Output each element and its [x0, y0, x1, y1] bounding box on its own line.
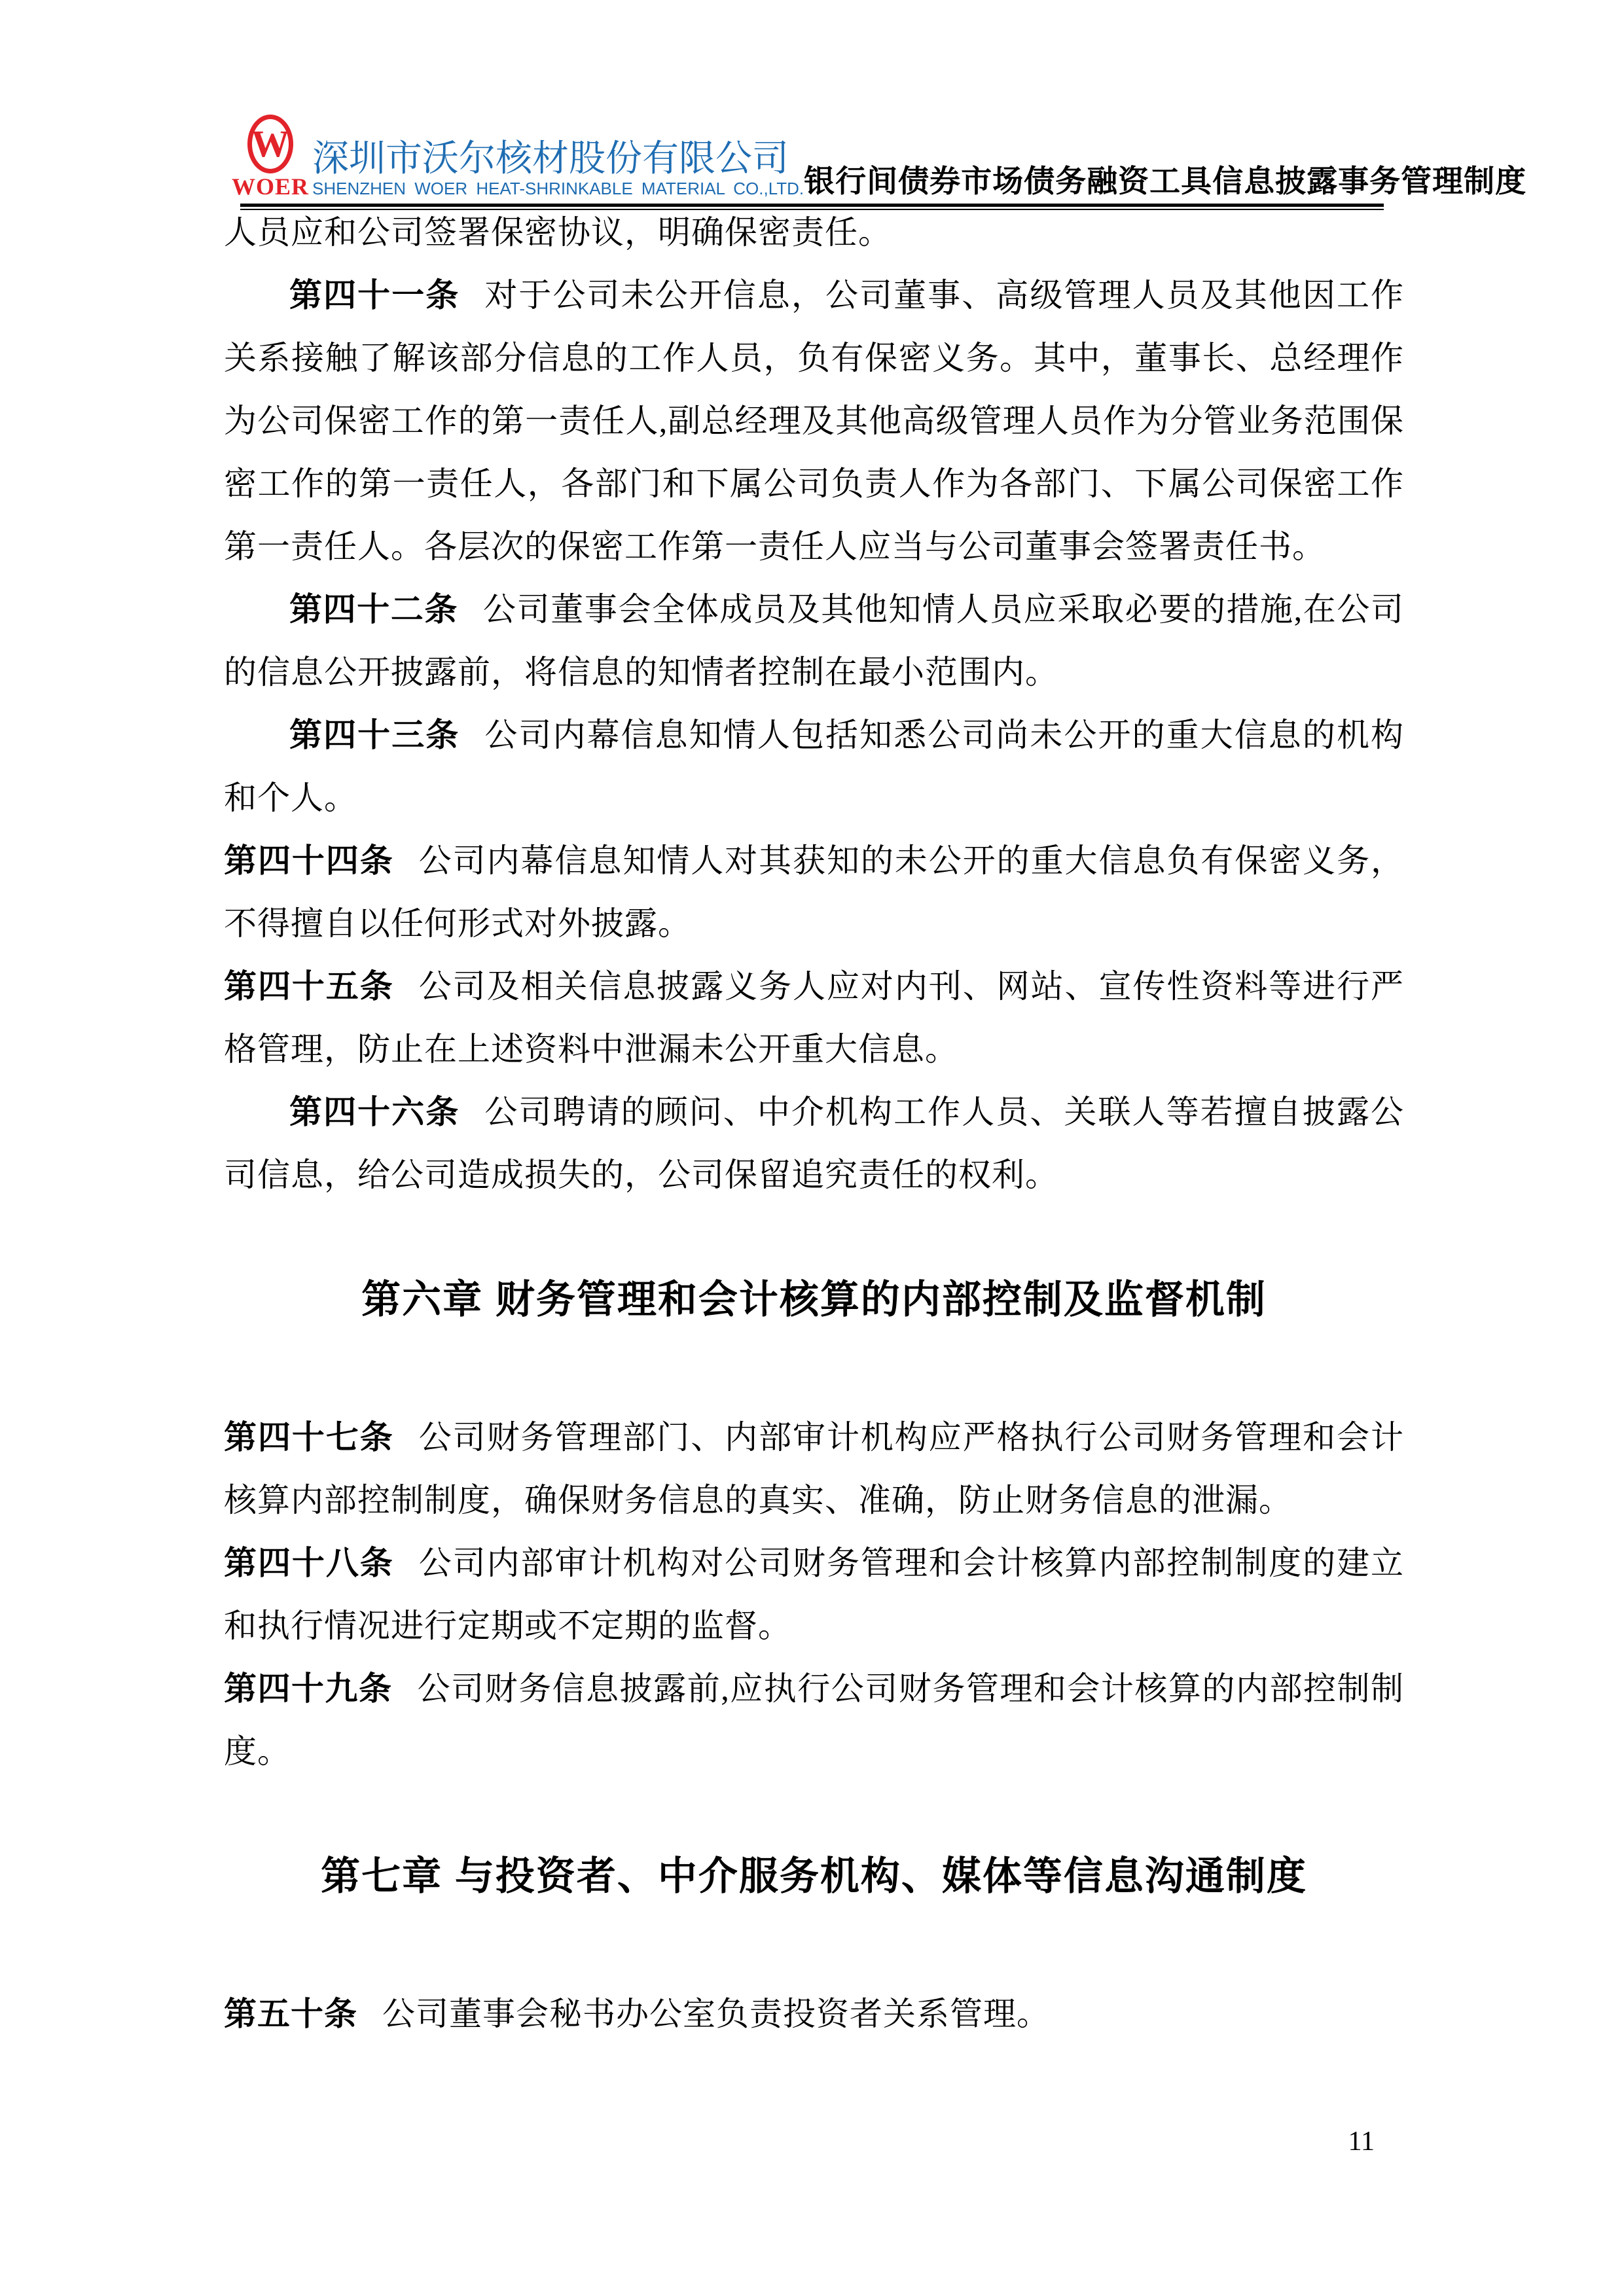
- article-number: 第四十二条: [289, 591, 458, 628]
- document-body: 人员应和公司签署保密协议，明确保密责任。第四十一条对于公司未公开信息，公司董事、…: [224, 201, 1404, 2045]
- logo-ellipse-icon: W: [247, 115, 293, 173]
- page-header: W WOER 深圳市沃尔核材股份有限公司 SHENZHEN WOER HEAT-…: [240, 115, 1384, 210]
- article-number: 第四十七条: [224, 1419, 394, 1456]
- paragraph: 第四十五条公司及相关信息披露义务人应对内刊、网站、宣传性资料等进行严格管理，防止…: [224, 955, 1404, 1081]
- chapter-heading: 第七章 与投资者、中介服务机构、媒体等信息沟通制度: [224, 1845, 1404, 1908]
- logo-brand-text: WOER: [232, 175, 309, 198]
- paragraph: 人员应和公司签署保密协议，明确保密责任。: [224, 201, 1404, 264]
- company-name-english: SHENZHEN WOER HEAT-SHRINKABLE MATERIAL C…: [312, 179, 804, 198]
- paragraph: 第四十四条公司内幕信息知情人对其获知的未公开的重大信息负有保密义务，不得擅自以任…: [224, 829, 1404, 955]
- paragraph: 第四十七条公司财务管理部门、内部审计机构应严格执行公司财务管理和会计核算内部控制…: [224, 1406, 1404, 1532]
- document-title: 银行间债券市场债务融资工具信息披露事务管理制度: [804, 166, 1526, 198]
- article-number: 第四十六条: [289, 1094, 460, 1130]
- article-number: 第四十九条: [224, 1670, 393, 1707]
- document-page: W WOER 深圳市沃尔核材股份有限公司 SHENZHEN WOER HEAT-…: [0, 0, 1624, 2296]
- article-number: 第四十五条: [224, 968, 394, 1005]
- paragraph: 第四十八条公司内部审计机构对公司财务管理和会计核算内部控制制度的建立和执行情况进…: [224, 1532, 1404, 1657]
- paragraph: 第四十一条对于公司未公开信息，公司董事、高级管理人员及其他因工作关系接触了解该部…: [224, 264, 1404, 578]
- woer-logo-icon: W WOER: [240, 115, 300, 198]
- article-number: 第五十条: [224, 1996, 357, 2032]
- chapter-heading: 第六章 财务管理和会计核算的内部控制及监督机制: [224, 1268, 1404, 1331]
- page-number: 11: [1348, 2127, 1375, 2156]
- company-names: 深圳市沃尔核材股份有限公司 SHENZHEN WOER HEAT-SHRINKA…: [312, 138, 804, 198]
- company-logo: W WOER 深圳市沃尔核材股份有限公司 SHENZHEN WOER HEAT-…: [240, 115, 804, 198]
- article-number: 第四十一条: [289, 277, 460, 314]
- article-number: 第四十三条: [289, 717, 460, 753]
- article-number: 第四十八条: [224, 1545, 394, 1581]
- header-row: W WOER 深圳市沃尔核材股份有限公司 SHENZHEN WOER HEAT-…: [240, 115, 1384, 204]
- article-number: 第四十四条: [224, 842, 394, 879]
- company-name-chinese: 深圳市沃尔核材股份有限公司: [312, 138, 804, 179]
- paragraph: 第四十二条公司董事会全体成员及其他知情人员应采取必要的措施,在公司的信息公开披露…: [224, 578, 1404, 704]
- paragraph: 第五十条公司董事会秘书办公室负责投资者关系管理。: [224, 1982, 1404, 2045]
- paragraph: 第四十九条公司财务信息披露前,应执行公司财务管理和会计核算的内部控制制度。: [224, 1657, 1404, 1783]
- logo-w-letter: W: [251, 125, 289, 163]
- paragraph: 第四十三条公司内幕信息知情人包括知悉公司尚未公开的重大信息的机构和个人。: [224, 704, 1404, 829]
- paragraph: 第四十六条公司聘请的顾问、中介机构工作人员、关联人等若擅自披露公司信息，给公司造…: [224, 1081, 1404, 1206]
